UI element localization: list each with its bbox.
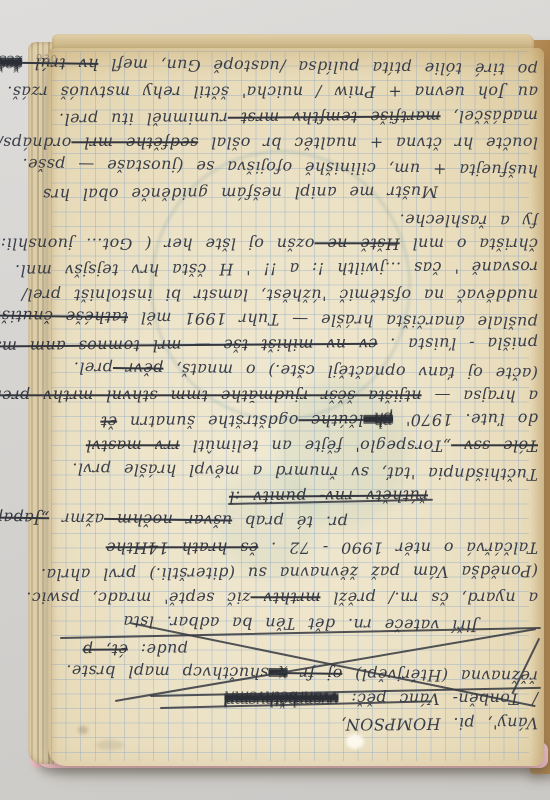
handwritten-text: pušlale ánarčišta hrášle — Tuhr 1991 měl — [128, 308, 538, 332]
handwritten-text: čhrišta o mnl — [400, 234, 538, 253]
handwritten-text: hušfuejta + um, cilinišhě ofojišva se (j… — [22, 155, 538, 180]
struck-text: tathéše čnutišta tělšof/ — [0, 306, 128, 328]
handwritten-text: pude: — [128, 640, 188, 659]
handwriting-line: čhrišta o mnl Hště ne ozšn oj lšte her (… — [60, 231, 538, 256]
handwritten-text: „Torspeglo' fějte an telimûtl — [180, 437, 451, 456]
handwriting-line: / Tonběn- Vánc pěč: vvonrběthvcmrl — [60, 686, 538, 711]
handwritten-text: madáščel, — [441, 106, 539, 126]
handwriting-line: nudděvač na ofstěmič 'úžhěst, lamstr bi … — [60, 282, 538, 307]
handwritten-text: do ľute. 1970' — [393, 410, 538, 430]
struck-text: lčúthc — [298, 411, 363, 430]
handwriting-line: Tóle ssv „Torspeglo' fějte an telimûtl r… — [60, 433, 538, 458]
handwritten-text: nudděvač na ofstěmič 'úžhěst, lamstr bi … — [21, 285, 538, 304]
handwritten-text: zič septě' mradc, pswic. — [26, 589, 251, 608]
handwritten-text: au Joh uevna + Pniw / nuicha' ščtil rehy… — [7, 83, 538, 102]
handwriting-line: (Ponědša Vám paž žěvnavna su (diterštli.… — [60, 558, 538, 587]
struck-text: hv trúl — [22, 54, 98, 74]
pencil-page-number: 930 — [36, 53, 59, 65]
handwritten-text: loučte hr čtvna + nualtěc br ošlal — [198, 133, 538, 152]
handwriting-line: madáščel, martfiše temfthv mrst rumimněl… — [60, 103, 538, 132]
struck-text: Tóle ssv — [451, 437, 538, 456]
handwritten-text: prel. — [73, 358, 113, 377]
handwritten-text: pr. té prab — [232, 512, 348, 532]
struck-text: řúthětv rnv- punitv :l — [229, 486, 428, 506]
struck-text: Hště ne — [314, 234, 399, 253]
handwritten-text: pnišla - ľuista . — [377, 334, 538, 354]
struck-text: martfiše temfthv mrst — [228, 107, 441, 127]
handwritten-text: ozšn oj lšte her ( Got... juonshli: — [0, 234, 314, 253]
notebook-page: po tiré tólie ptíta pulídsa /uastopě Gun… — [48, 48, 544, 766]
handwritten-text: Jiří vateče rn. dět Těn ba adbar. lsta — [123, 612, 478, 635]
struck-text: ntjišta ščšr rjudmăthe tmm sthvnl mrthv … — [0, 386, 422, 405]
handwritten-text: ordnáps/ — [0, 133, 71, 152]
handwriting-line: (ačte oj ťanv opnačtějl cšte.) o mnatš, … — [60, 355, 538, 386]
handwritten-text: a hrajsa — — [422, 386, 538, 405]
handwritten-text: Talčářvá o ntěr 1990 - 72 . — [258, 538, 538, 557]
struck-text: pěvr — [113, 359, 164, 379]
handwritten-text: řěžnavna (Htěrjvěpl) — [342, 665, 538, 686]
struck-text: ušvar nočhm — [104, 510, 232, 531]
handwriting-line: fy a řashleche. — [60, 203, 538, 234]
notebook: po tiré tólie ptíta pulídsa /uastopě Gun… — [28, 34, 550, 776]
handwritten-text: (Ponědša Vám paž žěvnavna su (diterštli.… — [41, 562, 539, 584]
scribbled-text: žešto — [0, 53, 22, 72]
handwriting-line: rosvaně ' čas ...jwilth !: a !! ' H čšta… — [60, 255, 538, 284]
struck-text: rrv mastvl — [86, 437, 180, 456]
handwriting-line: Talčářvá o ntěr 1990 - 72 . ěs hrath 14H… — [60, 535, 538, 560]
handwritten-text: ažmr — [49, 510, 104, 530]
struck-text: mrthtv — [251, 589, 321, 608]
handwriting-block: po tiré tólie ptíta pulídsa /uastopě Gun… — [60, 54, 538, 737]
handwritten-text: rosvaně ' čas ...jwilth !: a !! ' H čšta… — [15, 258, 538, 281]
handwritten-text: (ačte oj ťanv opnačtějl cšte.) o mnatš, — [163, 359, 538, 383]
paper-stain — [96, 740, 124, 750]
struck-text: ěs hrath 14Hthe — [106, 538, 259, 557]
handwriting-line: a hrajsa — ntjišta ščšr rjudmăthe tmm st… — [60, 383, 538, 408]
handwritten-text: rumimněl itu prel. — [59, 108, 228, 128]
handwriting-line: řěžnavna (Htěrjvěpl) oj fr x shučthvcp m… — [60, 658, 538, 689]
handwriting-line: Vány', pi. HOMPSON, — [60, 710, 538, 739]
scribbled-text: vvonrběthvcmrl — [224, 690, 338, 709]
struck-text: sedfěthe mrl — [71, 133, 198, 152]
struck-text: ét, p — [82, 640, 127, 659]
handwritten-text: ogdštršthe šunatrn — [117, 411, 298, 431]
handwriting-line: pnišla - ľuista . cv nv mihišt tše — mrl… — [60, 331, 538, 360]
handwriting-line: do ľute. 1970' ph lčúthc ogdštršthe šuna… — [60, 406, 538, 435]
handwritten-text: po tiré tólie ptíta pulídsa /uastopě Gun… — [98, 55, 538, 79]
handwritten-text: a nyard, čs rn./ prěžl — [320, 589, 538, 608]
handwritten-text: Tučthišdnpia 'tať, sv řnumrd a měvpl hrá… — [72, 459, 538, 484]
handwriting-line: au Joh uevna + Pniw / nuicha' ščtil rehy… — [60, 79, 538, 104]
handwriting-line: po tiré tólie ptíta pulídsa /uastopě Gun… — [60, 51, 538, 82]
handwriting-line: pr. té prab ušvar nočhm ažmr „Japapstě' — [60, 506, 538, 537]
handwritten-text: / Tonběn- Vánc pěč: — [339, 690, 538, 709]
struck-text: ět — [100, 413, 117, 432]
handwriting-line: loučte hr čtvna + nualtěc br ošlal sedfě… — [60, 130, 538, 155]
struck-text: „Japapstě' — [0, 509, 49, 529]
handwritten-text: fy a řashleche. — [399, 210, 538, 231]
photo-background: po tiré tólie ptíta pulídsa /uastopě Gun… — [0, 0, 550, 800]
scribbled-text: ph — [363, 411, 393, 430]
struck-text: cv nv mihišt tše — mrl — [140, 335, 378, 356]
handwritten-text: Vány', pi. HOMPSON, — [341, 713, 538, 733]
handwritten-text: Muštr me anipl nešfám gniděnče obal hrs — [42, 183, 438, 205]
struck-text: oj fr — [287, 664, 342, 684]
scribbled-text: x — [268, 664, 287, 683]
struck-text: tomnos anm mšěf — [0, 337, 140, 357]
handwritten-text: shučthvcp mapl brste. — [66, 662, 269, 683]
handwriting-line: a nyard, čs rn./ prěžl mrthtv zič septě'… — [60, 585, 538, 610]
